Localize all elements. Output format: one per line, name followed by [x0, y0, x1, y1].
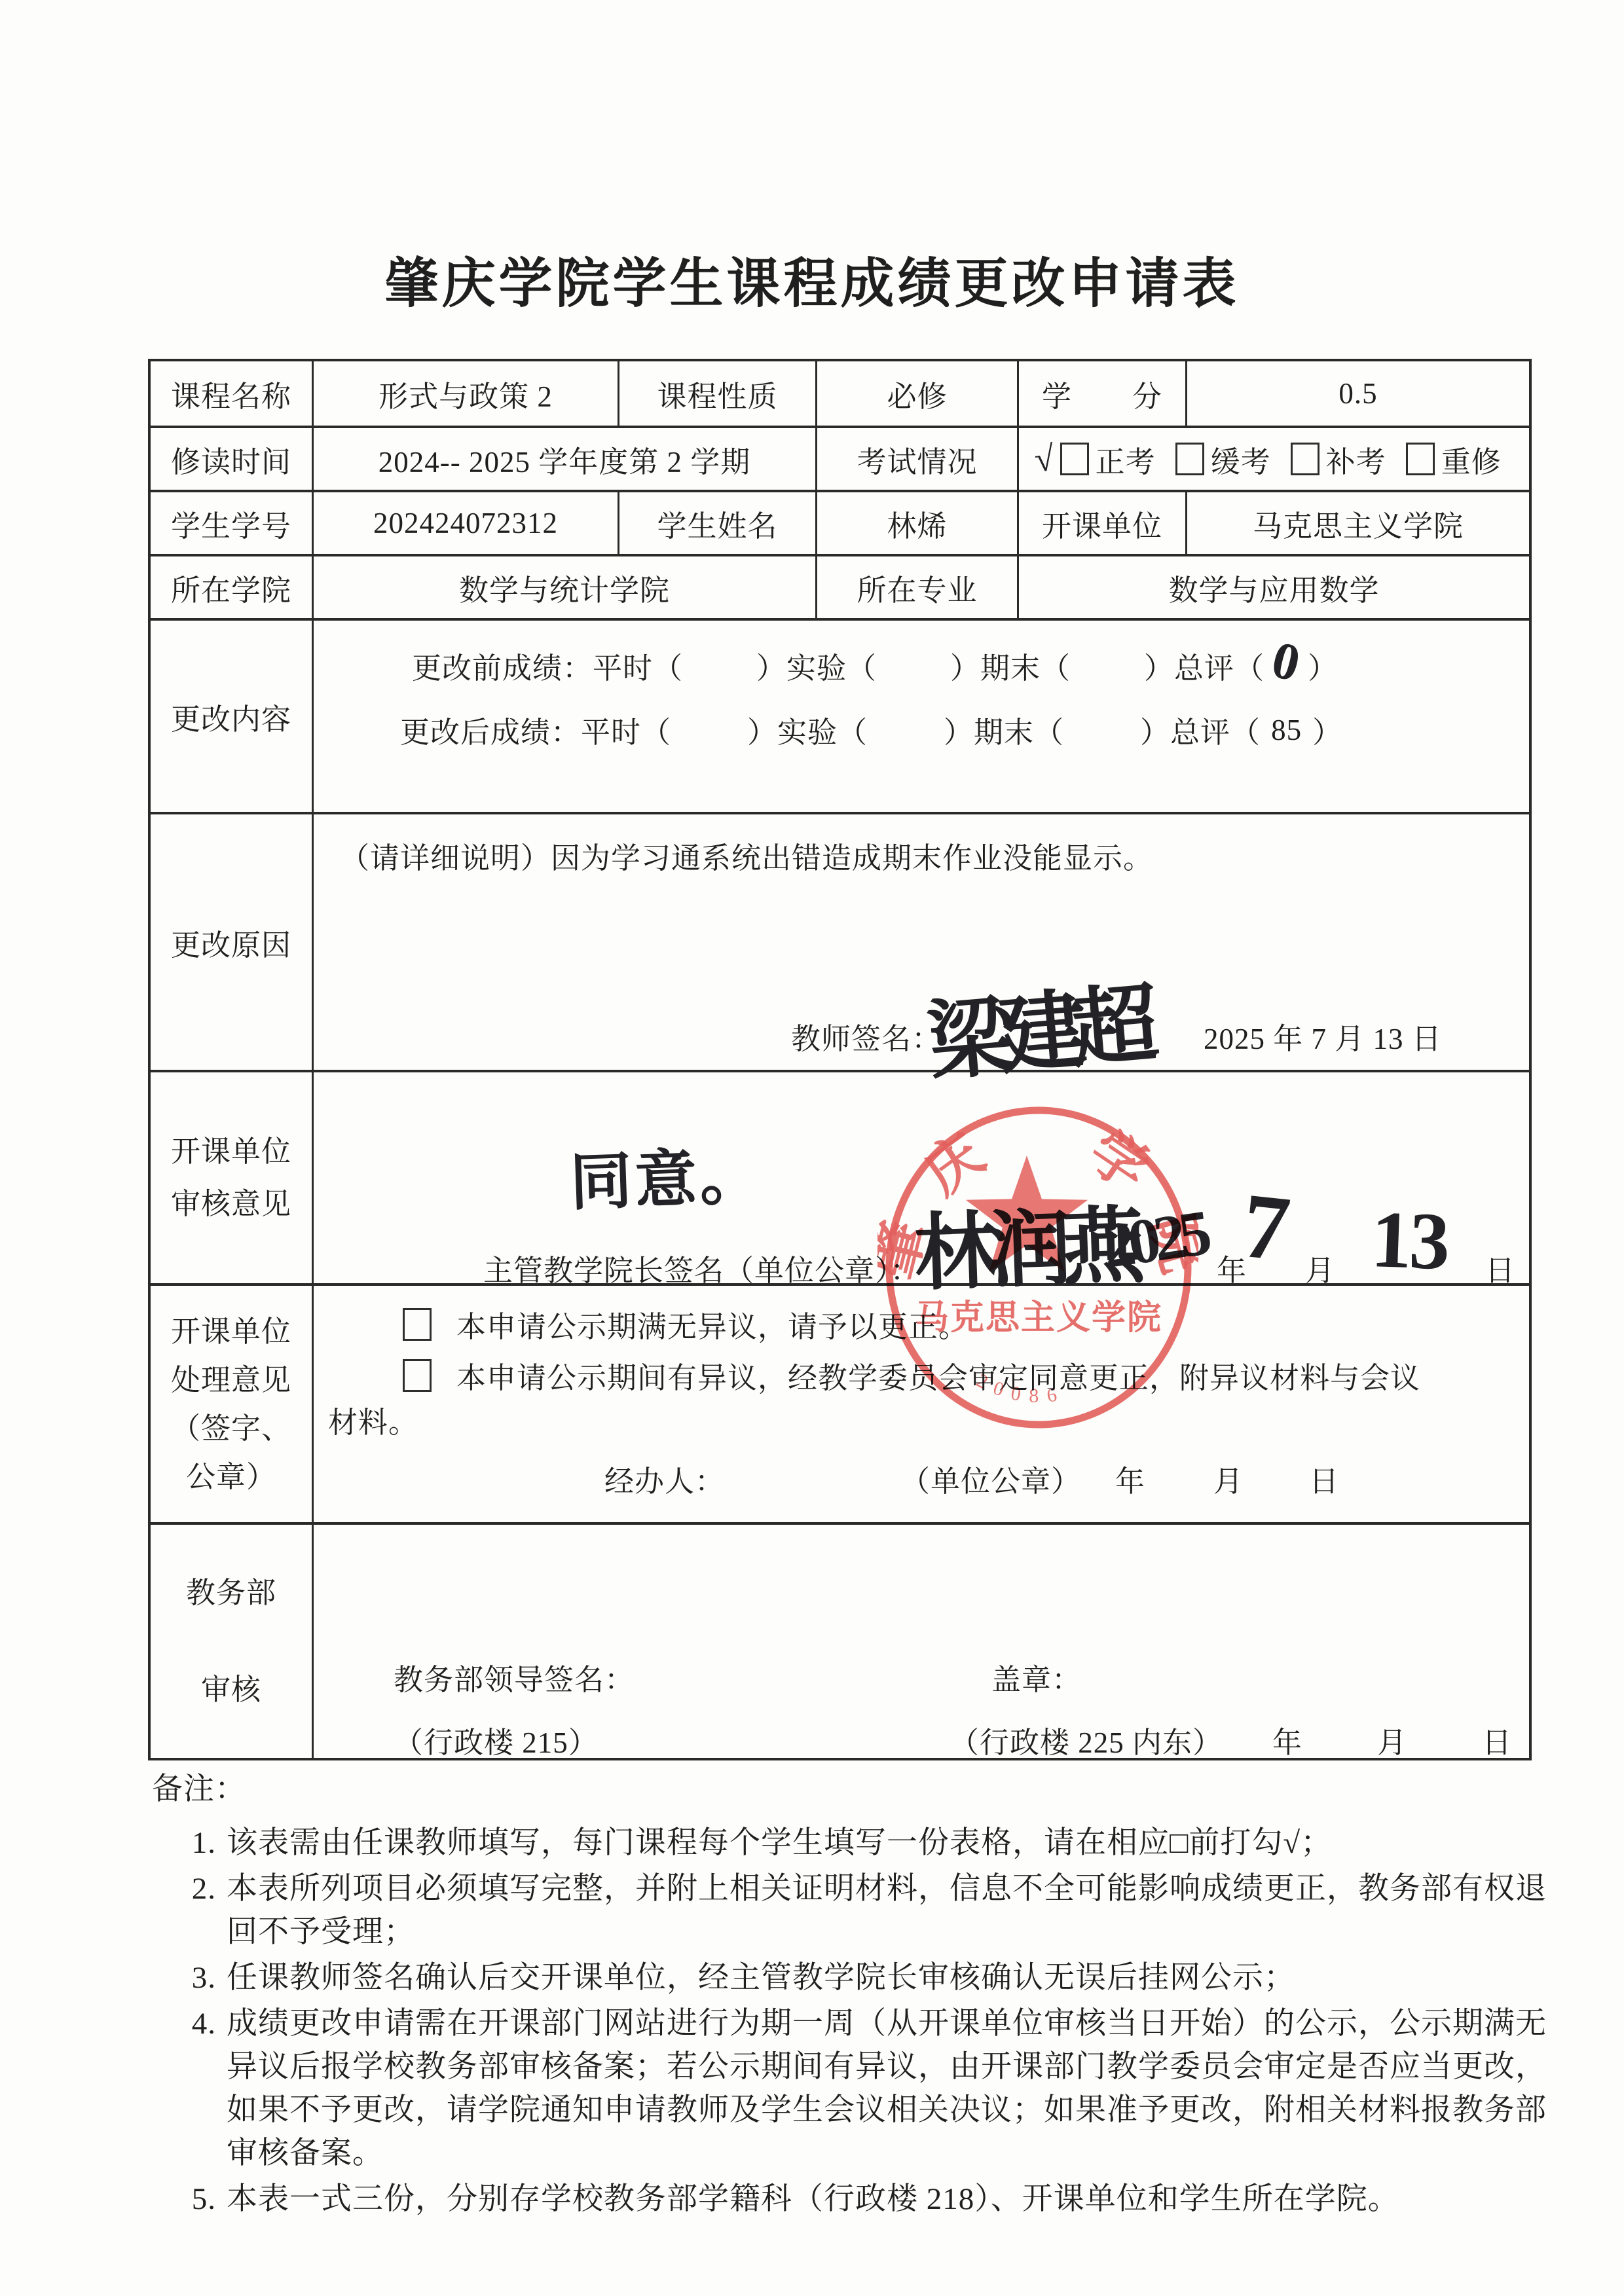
notes-section: 备注： 1. 该表需由任课教师填写，每门课程每个学生填写一份表格，请在相应□前打… — [152, 1768, 1551, 2223]
total-score-after-value: 85 — [1261, 713, 1312, 747]
handwritten-day: 13 — [1370, 1193, 1449, 1288]
checkbox-makeup-exam — [1291, 443, 1319, 475]
exam-status-label: 考试情况 — [815, 426, 1017, 490]
page-title: 肇庆学院学生课程成绩更改申请表 — [0, 241, 1624, 318]
note-item-4: 4. 成绩更改申请需在开课部门网站进行为期一周（从开课单位审核当日开始）的公示，… — [175, 2002, 1551, 2175]
seal-ring-char-2: 庆 — [913, 1122, 995, 1206]
checkbox-deferred-exam — [1175, 443, 1204, 475]
note-number-3: 3. — [175, 1956, 227, 1999]
unit-handling-label-line3: （签字、 — [171, 1408, 291, 1449]
teacher-signature-date: 2025 年 7 月 13 日 — [1204, 1015, 1442, 1057]
checkbox-no-objection — [403, 1308, 432, 1341]
handwritten-check-mark: √ — [1033, 438, 1057, 481]
change-reason-label: 更改原因 — [151, 812, 312, 1070]
teacher-signature-label: 教师签名： — [791, 1015, 942, 1057]
academic-affairs-label: 教务部 审核 — [151, 1522, 312, 1758]
option-normal-exam: 正考 — [1060, 438, 1156, 481]
student-id-value: 202424072312 — [312, 490, 618, 554]
official-seal: 肇 庆 学 院 马克思主义学院 20086 — [877, 1085, 1198, 1452]
study-term-value: 2024-- 2025 学年度第 2 学期 — [312, 426, 815, 490]
course-name-value: 形式与政策 2 — [312, 361, 618, 426]
offering-unit-label: 开课单位 — [1017, 490, 1185, 554]
score-before-part4: ）总评（ — [1144, 644, 1264, 687]
option-deferred-exam: 缓考 — [1175, 438, 1271, 481]
score-after-part4: ）总评（ — [1140, 708, 1261, 751]
option-makeup-exam-label: 补考 — [1326, 438, 1386, 481]
unit-handling-label-line1: 开课单位 — [171, 1311, 291, 1353]
agent-label: 经办人： — [604, 1457, 725, 1500]
major-label: 所在专业 — [815, 554, 1017, 618]
agent-line: 经办人： （单位公章） 年 月 日 — [604, 1457, 1339, 1500]
note-item-3: 3. 任课教师签名确认后交开课单位，经主管教学院长审核确认无误后挂网公示； — [175, 1956, 1551, 1999]
score-after-part2: ）实验（ — [747, 708, 868, 751]
note-text-2: 本表所列项目必须填写完整，并附上相关证明材料，信息不全可能影响成绩更正，教务部有… — [227, 1867, 1551, 1954]
change-reason-text: （请详细说明）因为学习通系统出错造成期末作业没能显示。 — [340, 834, 1153, 877]
handwritten-teacher-signature: 梁建超 — [922, 955, 1148, 1097]
grade-change-form-table: 课程名称 形式与政策 2 课程性质 必修 学 分 0.5 修读时间 2024--… — [148, 359, 1532, 1760]
option-normal-exam-label: 正考 — [1096, 438, 1156, 481]
notes-heading: 备注： — [152, 1768, 1551, 1811]
option-retake: 重修 — [1406, 438, 1502, 481]
offering-unit-value: 马克思主义学院 — [1185, 490, 1529, 554]
unit-handling-label: 开课单位 处理意见 （签字、 公章） — [151, 1283, 312, 1522]
credit-value: 0.5 — [1185, 361, 1529, 426]
unit-review-label-line2: 审核意见 — [171, 1183, 291, 1225]
academic-affairs-cell: 教务部领导签名： 盖章： （行政楼 215） （行政楼 225 内东） 年 月 … — [312, 1522, 1529, 1758]
credit-label: 学 分 — [1017, 361, 1185, 426]
note-text-5: 本表一式三份，分别存学校教务部学籍科（行政楼 218）、开课单位和学生所在学院。 — [227, 2178, 1551, 2221]
option-makeup-exam: 补考 — [1291, 438, 1386, 481]
agent-year-label: 年 — [1115, 1457, 1145, 1500]
course-type-value: 必修 — [815, 361, 1017, 426]
score-before-part1: 更改前成绩：平时（ — [412, 644, 683, 687]
unit-handling-label-line4: 公章） — [186, 1456, 276, 1498]
student-college-value: 数学与统计学院 — [312, 554, 815, 618]
student-college-label: 所在学院 — [151, 554, 312, 618]
checkbox-objection — [403, 1359, 432, 1392]
student-id-label: 学生学号 — [151, 490, 312, 554]
scanned-form-page: 肇庆学院学生课程成绩更改申请表 课程名称 形式与政策 2 课程性质 必修 学 分… — [0, 0, 1624, 2296]
seal-ring-char-3: 学 — [1078, 1120, 1160, 1203]
academic-affairs-label-line1: 教务部 — [186, 1572, 276, 1614]
seal-ring-char-4: 院 — [1139, 1208, 1198, 1279]
agent-month-label: 月 — [1213, 1457, 1244, 1500]
score-after-part1: 更改后成绩：平时（ — [400, 708, 671, 751]
unit-seal-hint: （单位公章） — [900, 1457, 1081, 1500]
unit-review-label: 开课单位 审核意见 — [151, 1070, 312, 1283]
note-text-1: 该表需由任课教师填写，每门课程每个学生填写一份表格，请在相应□前打勾√； — [227, 1821, 1551, 1865]
affairs-day-label: 日 — [1482, 1719, 1512, 1761]
svg-text:20086: 20086 — [973, 1370, 1067, 1407]
exam-status-options: √ 正考 缓考 补考 重修 — [1017, 426, 1529, 490]
unit-handling-label-line2: 处理意见 — [171, 1359, 291, 1401]
note-number-4: 4. — [175, 2002, 227, 2175]
handling-option2-continuation: 材料。 — [328, 1398, 418, 1441]
agent-day-label: 日 — [1309, 1457, 1339, 1500]
note-number-5: 5. — [175, 2178, 227, 2221]
student-name-label: 学生姓名 — [618, 490, 815, 554]
option-deferred-exam-label: 缓考 — [1211, 438, 1271, 481]
handwritten-approval: 同意。 — [568, 1127, 766, 1222]
checkbox-normal-exam — [1060, 443, 1089, 475]
change-reason-cell: （请详细说明）因为学习通系统出错造成期末作业没能显示。 教师签名： 2025 年… — [312, 812, 1529, 1070]
change-content-cell: 更改前成绩：平时（ ）实验（ ）期末（ ）总评（ 0 ） 更改后成绩：平时（ ）… — [312, 618, 1529, 812]
academic-affairs-label-line2: 审核 — [201, 1669, 261, 1711]
option-retake-label: 重修 — [1441, 438, 1502, 481]
score-before-part5: ） — [1308, 644, 1338, 687]
seal-ring-char-1: 肇 — [877, 1215, 937, 1285]
affairs-year-label: 年 — [1272, 1719, 1302, 1761]
score-after-line: 更改后成绩：平时（ ）实验（ ）期末（ ）总评（ 85 ） — [400, 708, 1342, 751]
note-text-4: 成绩更改申请需在开课部门网站进行为期一周（从开课单位审核当日开始）的公示，公示期… — [227, 2002, 1551, 2175]
score-before-line: 更改前成绩：平时（ ）实验（ ）期末（ ）总评（ 0 ） — [412, 639, 1338, 692]
student-name-value: 林烯 — [815, 490, 1017, 554]
affairs-location2: （行政楼 225 内东） — [950, 1719, 1223, 1761]
major-value: 数学与应用数学 — [1017, 554, 1529, 618]
score-before-part2: ）实验（ — [756, 644, 877, 687]
note-number-1: 1. — [175, 1821, 227, 1865]
note-text-3: 任课教师签名确认后交开课单位，经主管教学院长审核确认无误后挂网公示； — [227, 1956, 1551, 1999]
change-content-label: 更改内容 — [151, 618, 312, 812]
seal-code: 20086 — [973, 1370, 1067, 1407]
score-before-part3: ）期末（ — [950, 644, 1071, 687]
affairs-month-label: 月 — [1377, 1719, 1407, 1761]
seal-unit-name: 马克思主义学院 — [915, 1299, 1162, 1337]
course-type-label: 课程性质 — [618, 361, 815, 426]
note-item-5: 5. 本表一式三份，分别存学校教务部学籍科（行政楼 218）、开课单位和学生所在… — [175, 2178, 1551, 2221]
handwritten-total-before: 0 — [1258, 628, 1314, 696]
course-name-label: 课程名称 — [151, 361, 312, 426]
affairs-leader-sign-label: 教务部领导签名： — [394, 1656, 635, 1698]
unit-review-label-line1: 开课单位 — [171, 1131, 291, 1173]
note-number-2: 2. — [175, 1867, 227, 1954]
note-item-1: 1. 该表需由任课教师填写，每门课程每个学生填写一份表格，请在相应□前打勾√； — [175, 1821, 1551, 1865]
affairs-location1: （行政楼 215） — [394, 1719, 599, 1761]
note-item-2: 2. 本表所列项目必须填写完整，并附上相关证明材料，信息不全可能影响成绩更正，教… — [175, 1867, 1551, 1954]
score-after-part5: ） — [1312, 708, 1342, 751]
checkbox-retake — [1406, 443, 1435, 475]
study-term-label: 修读时间 — [151, 426, 312, 490]
affairs-stamp-label: 盖章： — [991, 1656, 1082, 1698]
score-after-part3: ）期末（ — [944, 708, 1064, 751]
